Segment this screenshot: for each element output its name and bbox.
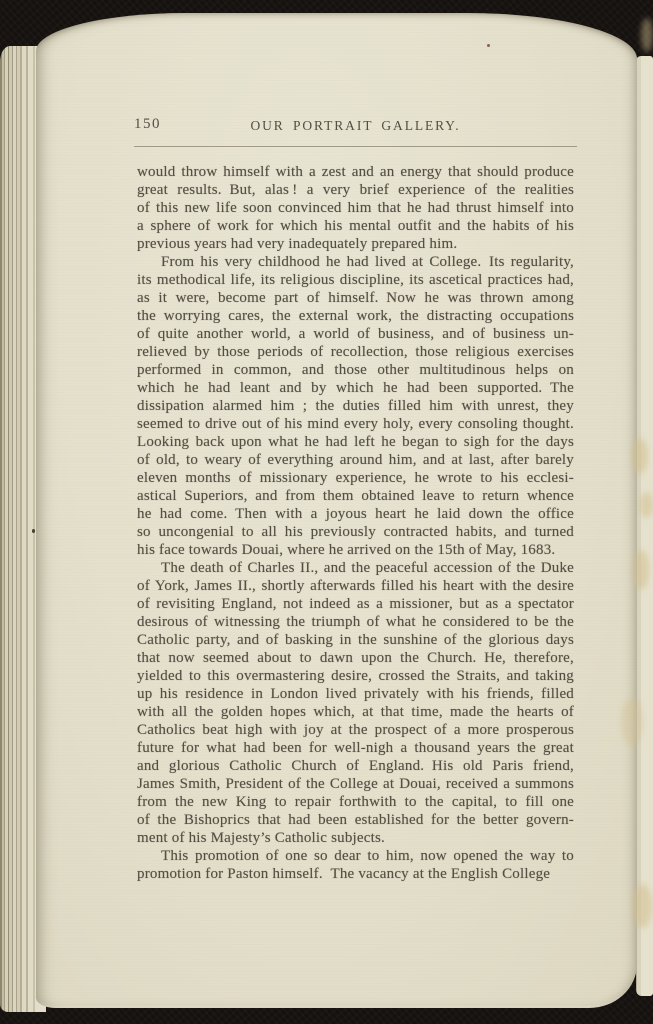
text-line: future for what had been for well-nigh a… xyxy=(137,739,574,757)
paragraph: would throw himself with a zest and an e… xyxy=(137,163,574,253)
text-line: of revisiting England, not indeed as a m… xyxy=(137,595,574,613)
page-content: 150 OUR PORTRAIT GALLERY. would throw hi… xyxy=(137,116,574,883)
text-line: From his very childhood he had lived at … xyxy=(137,253,574,271)
text-line: dissipation alarmed him ; the duties fil… xyxy=(137,397,574,415)
paragraph: From his very childhood he had lived at … xyxy=(137,253,574,559)
text-line: of old, to weary of everything around hi… xyxy=(137,451,574,469)
text-line: he had come. Then with a joyous heart he… xyxy=(137,505,574,523)
text-line: Looking back upon what he had left he be… xyxy=(137,433,574,451)
text-line: of quite another world, a world of busin… xyxy=(137,325,574,343)
text-line: ment of his Majesty’s Catholic subjects. xyxy=(137,829,574,847)
text-line: the worrying cares, the external work, t… xyxy=(137,307,574,325)
foxing-stain xyxy=(641,18,653,52)
text-line: relieved by those periods of recollectio… xyxy=(137,343,574,361)
page-header: 150 OUR PORTRAIT GALLERY. xyxy=(137,116,574,133)
text-line: performed in common, and those other mul… xyxy=(137,361,574,379)
header-rule xyxy=(134,146,577,147)
running-title: OUR PORTRAIT GALLERY. xyxy=(137,118,574,134)
text-line: great results. But, alas ! a very brief … xyxy=(137,181,574,199)
text-line: which he had leant and by which he had b… xyxy=(137,379,574,397)
text-line: up his residence in London lived private… xyxy=(137,685,574,703)
text-line: of the Bishoprics that had been establis… xyxy=(137,811,574,829)
text-line: and glorious Catholic Church of England.… xyxy=(137,757,574,775)
text-line: its methodical life, its religious disci… xyxy=(137,271,574,289)
text-line: James Smith, President of the College at… xyxy=(137,775,574,793)
next-page-edge xyxy=(636,56,653,996)
text-line: Catholic party, and of basking in the su… xyxy=(137,631,574,649)
text-line: This promotion of one so dear to him, no… xyxy=(137,847,574,865)
text-line: desirous of witnessing the triumph of wh… xyxy=(137,613,574,631)
text-line: of York, James II., shortly afterwards f… xyxy=(137,577,574,595)
text-line: as it were, become part of himself. Now … xyxy=(137,289,574,307)
text-line: seemed to drive out of his mind every ho… xyxy=(137,415,574,433)
paragraph: The death of Charles II., and the peacef… xyxy=(137,559,574,847)
paragraph: This promotion of one so dear to him, no… xyxy=(137,847,574,883)
text-line: of this new life soon convinced him that… xyxy=(137,199,574,217)
scanner-background: 150 OUR PORTRAIT GALLERY. would throw hi… xyxy=(0,0,653,1024)
text-line: yielded to this overmastering desire, cr… xyxy=(137,667,574,685)
text-line: previous years had very inadequately pre… xyxy=(137,235,574,253)
book-page: 150 OUR PORTRAIT GALLERY. would throw hi… xyxy=(36,13,637,1008)
text-line: The death of Charles II., and the peacef… xyxy=(137,559,574,577)
text-line: with all the golden hopes which, at that… xyxy=(137,703,574,721)
text-line: from the new King to repair forthwith to… xyxy=(137,793,574,811)
text-line: eleven months of missionary experience, … xyxy=(137,469,574,487)
text-line: a sphere of work for which his mental ou… xyxy=(137,217,574,235)
text-line: that now seemed about to dawn upon the C… xyxy=(137,649,574,667)
text-line: Catholics beat high with joy at the pros… xyxy=(137,721,574,739)
text-line: so uncongenial to all his previously con… xyxy=(137,523,574,541)
text-line: would throw himself with a zest and an e… xyxy=(137,163,574,181)
text-line: promotion for Paston himself. The vacanc… xyxy=(137,865,574,883)
text-line: his face towards Douai, where he arrived… xyxy=(137,541,574,559)
text-block: would throw himself with a zest and an e… xyxy=(137,163,574,883)
text-line: astical Superiors, and from them obtaine… xyxy=(137,487,574,505)
